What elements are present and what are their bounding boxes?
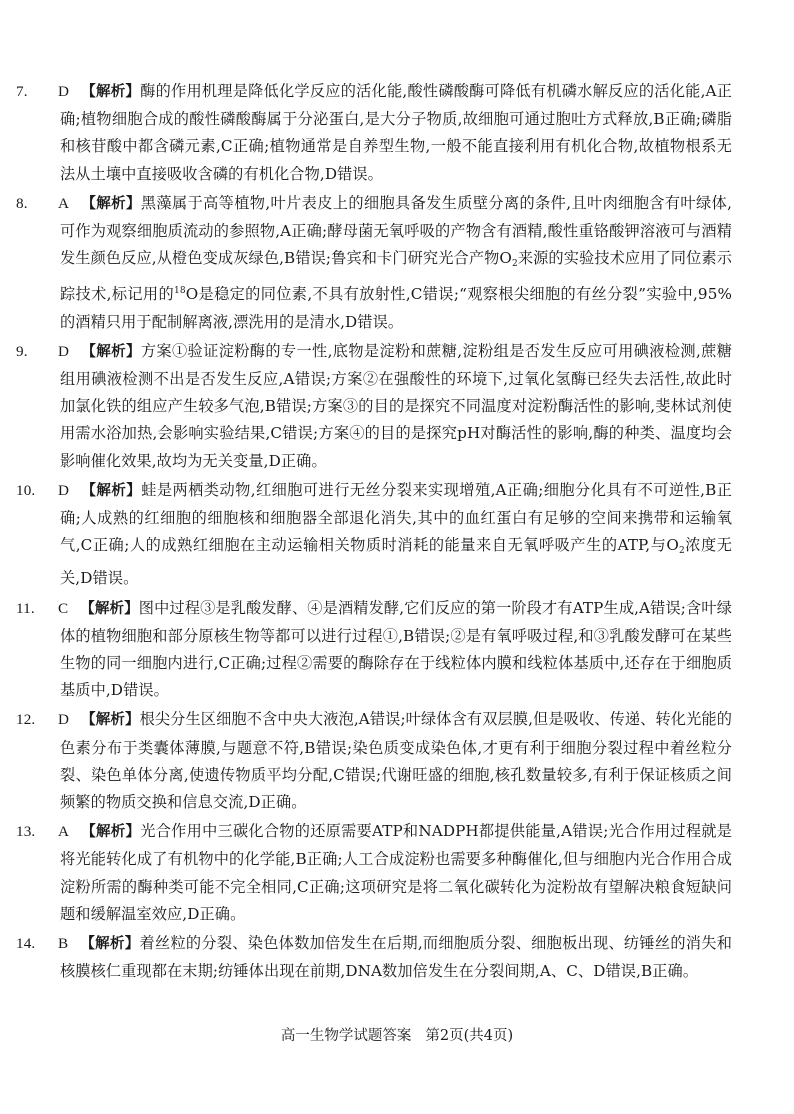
analysis-tag: 【解析】 bbox=[81, 824, 140, 840]
answer-letter: C bbox=[58, 600, 68, 617]
answer-item-8: 8.A【解析】黑藻属于高等植物,叶片表皮上的细胞具备发生质壁分离的条件,且叶肉细… bbox=[38, 190, 732, 336]
answer-letter: D bbox=[58, 343, 69, 360]
analysis-tag: 【解析】 bbox=[80, 601, 139, 617]
page-number-label: 第2页(共4页) bbox=[425, 1028, 513, 1044]
question-number: 13. bbox=[38, 818, 58, 845]
analysis-text: 着丝粒的分裂、染色体数加倍发生在后期,而细胞质分裂、细胞板出现、纺锤丝的消失和核… bbox=[60, 934, 732, 980]
question-number: 9. bbox=[38, 338, 58, 365]
answer-item-9: 9.D【解析】方案①验证淀粉酶的专一性,底物是淀粉和蔗糖,淀粉组是否发生反应可用… bbox=[38, 338, 732, 475]
question-number: 8. bbox=[38, 190, 58, 217]
answer-item-11: 11.C【解析】图中过程③是乳酸发酵、④是酒精发酵,它们反应的第一阶段才有ATP… bbox=[38, 595, 732, 705]
answer-letter: A bbox=[58, 823, 69, 840]
question-number: 7. bbox=[38, 78, 58, 105]
answer-item-12: 12.D【解析】根尖分生区细胞不含中央大液泡,A错误;叶绿体含有双层膜,但是吸收… bbox=[38, 706, 732, 816]
answer-letter: A bbox=[58, 195, 69, 212]
page-footer: 高一生物学试题答案第2页(共4页) bbox=[0, 1026, 794, 1046]
analysis-tag: 【解析】 bbox=[81, 483, 141, 499]
analysis-text: 图中过程③是乳酸发酵、④是酒精发酵,它们反应的第一阶段才有ATP生成,A错误;含… bbox=[60, 599, 732, 700]
answer-item-7: 7.D【解析】酶的作用机理是降低化学反应的活化能,酸性磷酸酶可降低有机磷水解反应… bbox=[38, 78, 732, 188]
question-number: 11. bbox=[38, 595, 58, 622]
analysis-tag: 【解析】 bbox=[80, 936, 139, 952]
answer-item-10: 10.D【解析】蛙是两栖类动物,红细胞可进行无丝分裂来实现增殖,A正确;细胞分化… bbox=[38, 477, 732, 593]
analysis-tag: 【解析】 bbox=[81, 196, 141, 212]
answer-letter: D bbox=[58, 482, 69, 499]
answer-page: 7.D【解析】酶的作用机理是降低化学反应的活化能,酸性磷酸酶可降低有机磷水解反应… bbox=[0, 0, 794, 1114]
answer-letter: D bbox=[58, 83, 69, 100]
analysis-text: 蛙是两栖类动物,红细胞可进行无丝分裂来实现增殖,A正确;细胞分化具有不可逆性,B… bbox=[60, 481, 732, 554]
question-number: 10. bbox=[38, 477, 58, 504]
answer-item-13: 13.A【解析】光合作用中三碳化合物的还原需要ATP和NADPH都提供能量,A错… bbox=[38, 818, 732, 928]
analysis-text: 根尖分生区细胞不含中央大液泡,A错误;叶绿体含有双层膜,但是吸收、传递、转化光能… bbox=[60, 710, 732, 811]
question-number: 14. bbox=[38, 930, 58, 957]
answer-content: 7.D【解析】酶的作用机理是降低化学反应的活化能,酸性磷酸酶可降低有机磷水解反应… bbox=[38, 78, 732, 986]
answer-letter: D bbox=[58, 711, 69, 728]
question-number: 12. bbox=[38, 706, 58, 733]
superscript: 18 bbox=[174, 286, 186, 296]
analysis-tag: 【解析】 bbox=[81, 344, 141, 360]
analysis-text: 方案①验证淀粉酶的专一性,底物是淀粉和蔗糖,淀粉组是否发生反应可用碘液检测,蔗糖… bbox=[60, 342, 732, 470]
analysis-text: 酶的作用机理是降低化学反应的活化能,酸性磷酸酶可降低有机磷水解反应的活化能,A正… bbox=[60, 82, 732, 183]
analysis-tag: 【解析】 bbox=[81, 712, 139, 728]
analysis-text: 光合作用中三碳化合物的还原需要ATP和NADPH都提供能量,A错误;光合作用过程… bbox=[60, 822, 732, 923]
footer-title: 高一生物学试题答案 bbox=[281, 1028, 412, 1044]
answer-letter: B bbox=[58, 935, 68, 952]
answer-item-14: 14.B【解析】着丝粒的分裂、染色体数加倍发生在后期,而细胞质分裂、细胞板出现、… bbox=[38, 930, 732, 985]
analysis-tag: 【解析】 bbox=[81, 84, 140, 100]
